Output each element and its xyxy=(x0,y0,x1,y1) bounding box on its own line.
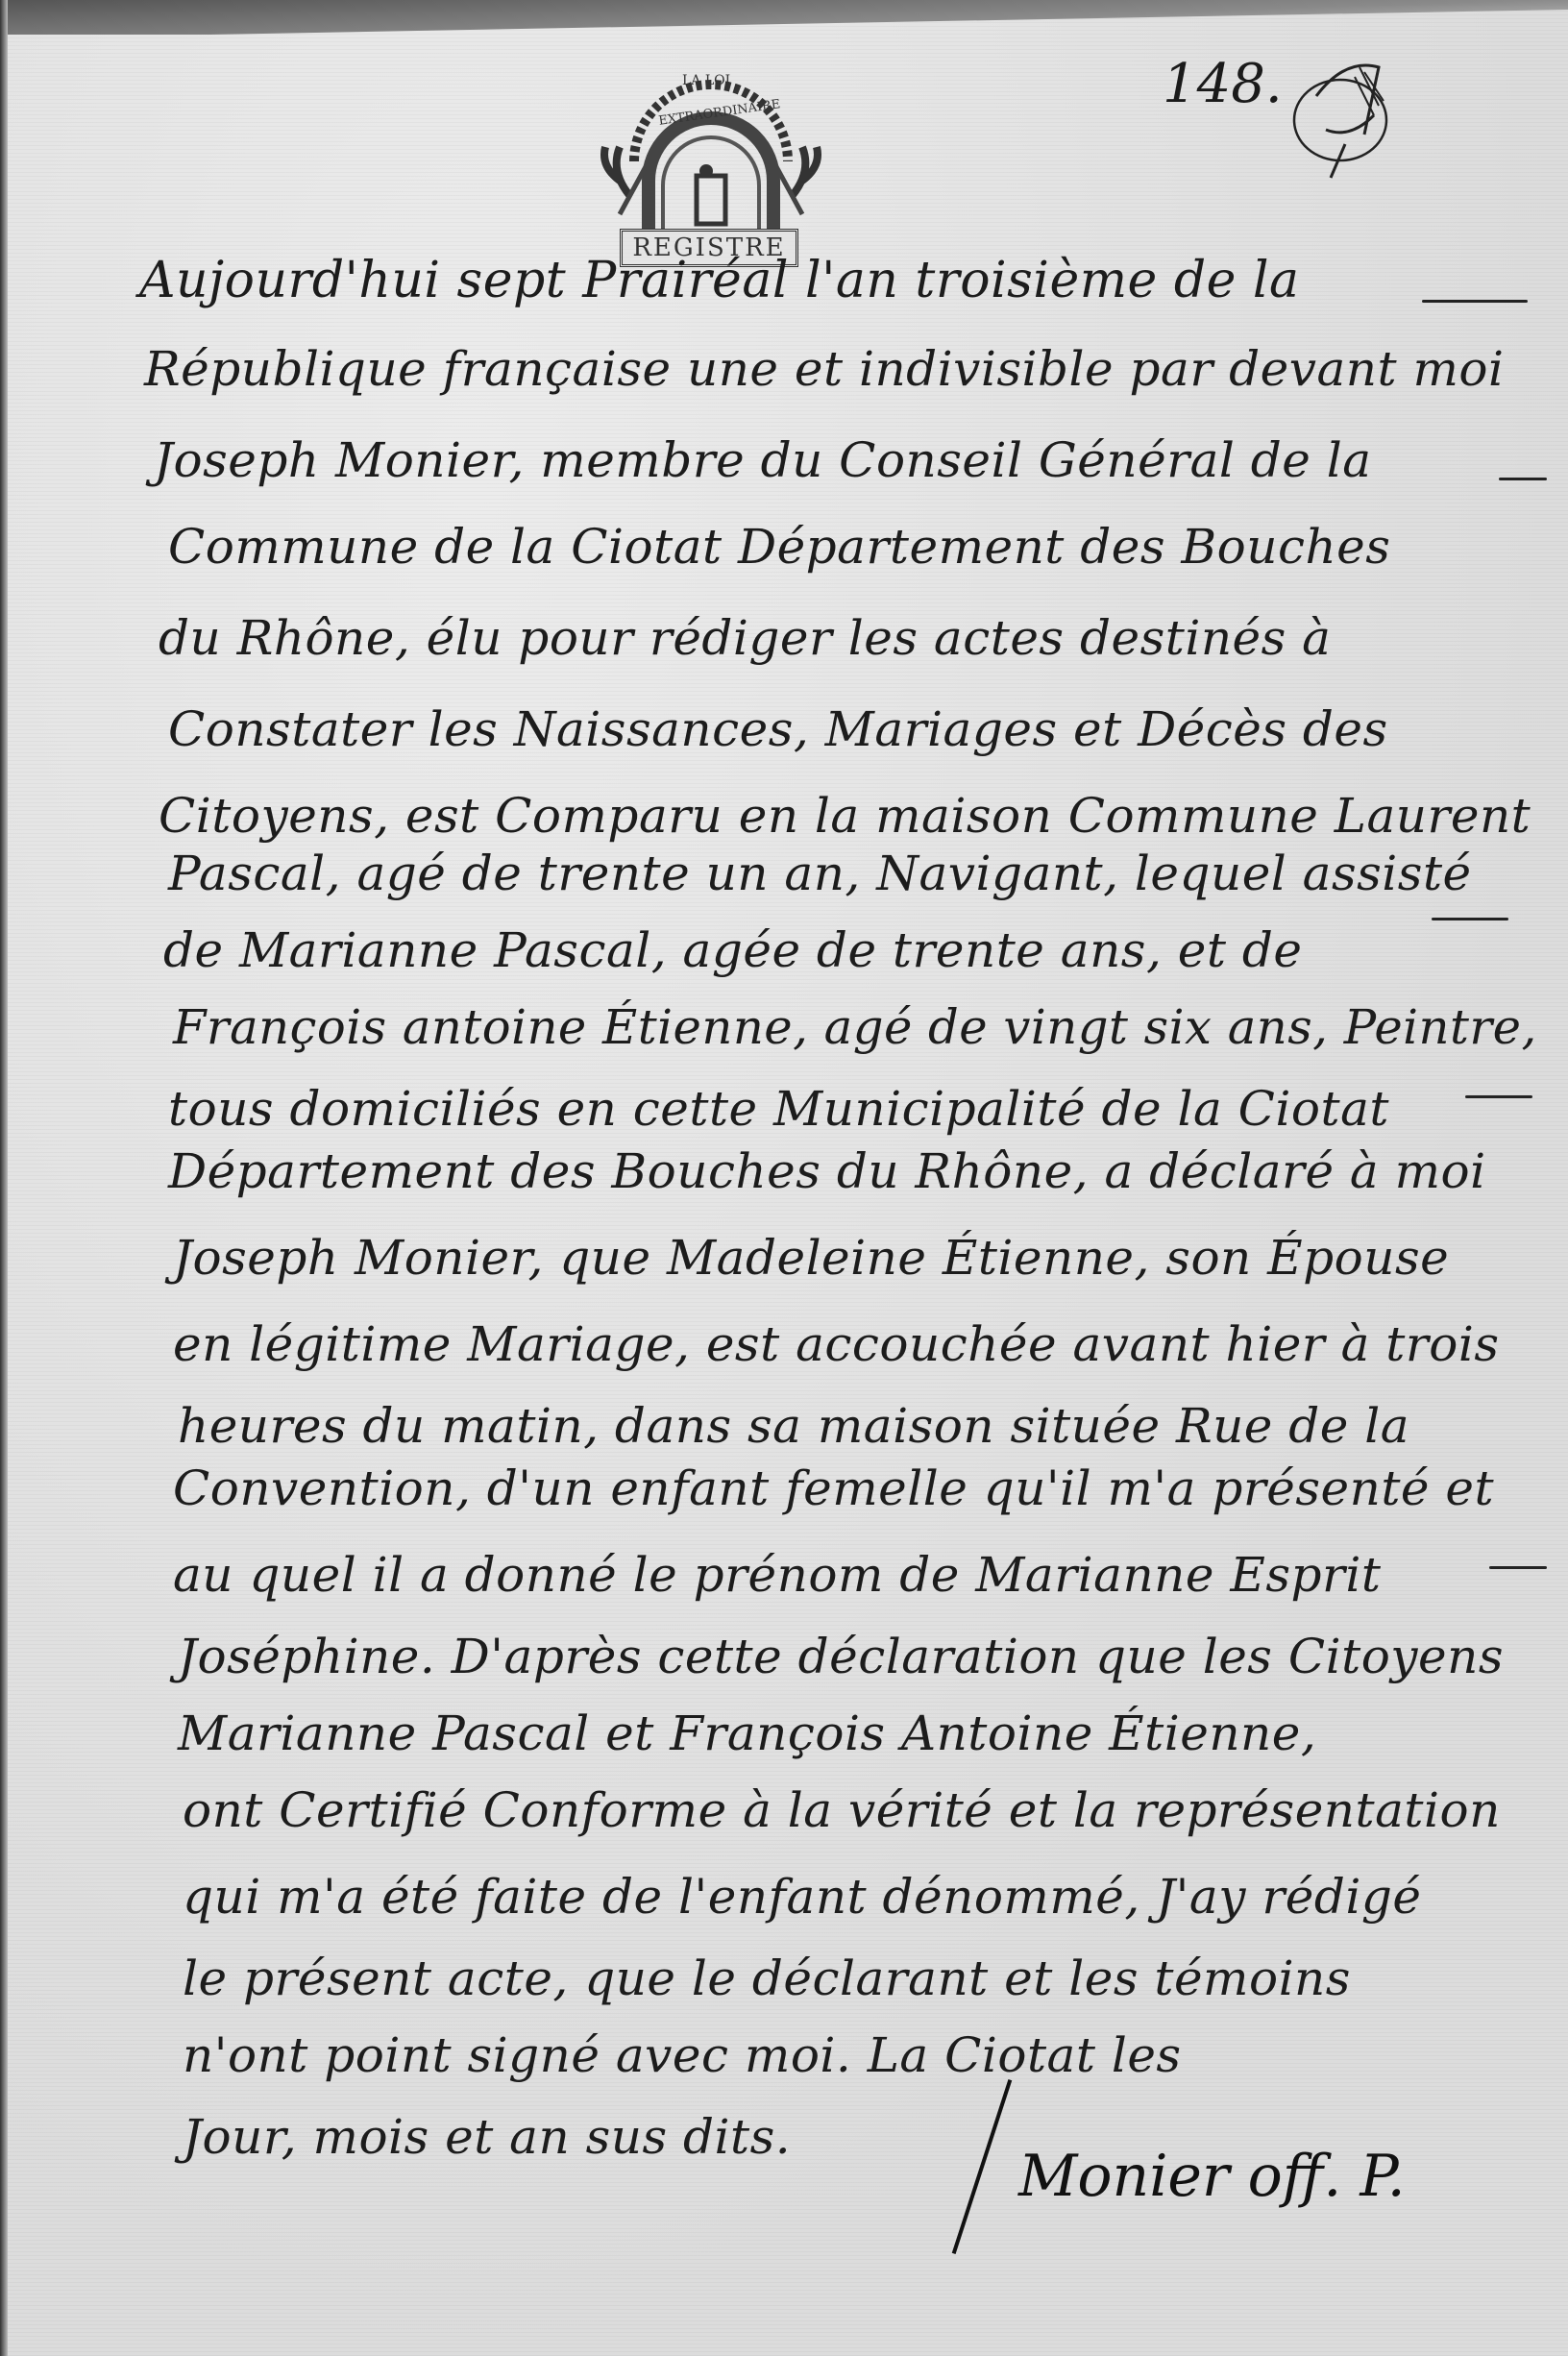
text-line: Marianne Pascal et François Antoine Étie… xyxy=(178,1706,1316,1761)
text-line: qui m'a été faite de l'enfant dénommé, J… xyxy=(183,1869,1421,1925)
text-line: Jour, mois et an sus dits. xyxy=(183,2109,791,2165)
registry-stamp: LA LOI EXTRAORDINAIRE REGISTRE xyxy=(591,46,831,267)
text-line: Aujourd'hui sept Prairéal l'an troisième… xyxy=(139,252,1300,309)
text-line: Joseph Monier, que Madeleine Étienne, so… xyxy=(173,1230,1449,1286)
text-line: Constater les Naissances, Mariages et Dé… xyxy=(168,701,1388,757)
text-line: du Rhône, élu pour rédiger les actes des… xyxy=(159,610,1331,666)
official-signature: Monier off. P. xyxy=(1018,2143,1406,2210)
text-line: Département des Bouches du Rhône, a décl… xyxy=(168,1143,1486,1199)
line-filler-dash xyxy=(1422,300,1528,303)
page-left-edge-shadow xyxy=(0,0,8,2356)
paraph-flourish-icon xyxy=(1287,48,1393,183)
line-filler-dash xyxy=(1489,1566,1547,1569)
stamp-top-text: LA LOI xyxy=(682,73,730,88)
text-line: en légitime Mariage, est accouchée avant… xyxy=(173,1316,1500,1372)
text-line: Commune de la Ciotat Département des Bou… xyxy=(168,519,1390,575)
text-line: n'ont point signé avec moi. La Ciotat le… xyxy=(183,2027,1182,2083)
text-line: au quel il a donné le prénom de Marianne… xyxy=(173,1547,1381,1603)
text-line: le présent acte, que le déclarant et les… xyxy=(183,1951,1351,2006)
folio-number: 148. xyxy=(1163,53,1283,115)
text-line: Joseph Monier, membre du Conseil Général… xyxy=(154,432,1372,488)
text-line: Citoyens, est Comparu en la maison Commu… xyxy=(159,788,1531,844)
line-filler-dash xyxy=(1465,1095,1532,1098)
line-filler-dash xyxy=(1432,918,1508,920)
text-line: Pascal, agé de trente un an, Navigant, l… xyxy=(168,846,1472,901)
text-line: Joséphine. D'après cette déclaration que… xyxy=(178,1629,1504,1684)
text-line: de Marianne Pascal, agée de trente ans, … xyxy=(163,922,1302,978)
text-line: François antoine Étienne, agé de vingt s… xyxy=(173,999,1537,1055)
text-line: tous domiciliés en cette Municipalité de… xyxy=(168,1081,1389,1137)
text-line: ont Certifié Conforme à la vérité et la … xyxy=(183,1782,1501,1838)
text-line: République française une et indivisible … xyxy=(144,341,1504,397)
text-line: Convention, d'un enfant femelle qu'il m'… xyxy=(173,1460,1494,1516)
text-line: heures du matin, dans sa maison située R… xyxy=(178,1398,1409,1454)
line-filler-dash xyxy=(1499,478,1547,480)
